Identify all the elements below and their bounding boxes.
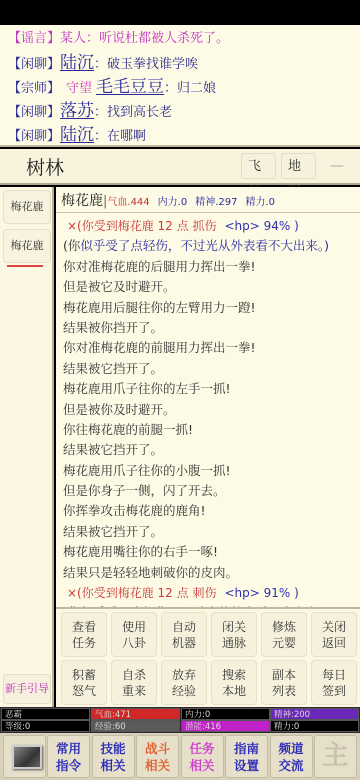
screen-icon bbox=[12, 745, 42, 769]
stat-bar: 潜能:416 bbox=[181, 720, 270, 732]
command-label: 使用 bbox=[112, 619, 156, 635]
chat-line: 【宗师】守望毛毛豆豆：归二娘 bbox=[8, 75, 352, 99]
log-line: 结果被它挡开了。 bbox=[63, 440, 360, 460]
nav-label: 频道 bbox=[271, 740, 312, 757]
nav-label: 常用 bbox=[48, 740, 89, 757]
chat-nick[interactable]: 毛毛豆豆 bbox=[96, 77, 164, 97]
combat-log[interactable]: 梅花鹿|气血.444内力.0精神.297精力.0 ×(你受到梅花鹿 12 点 抓… bbox=[56, 187, 360, 607]
chat-line: 【谣言】某人：听说杜都被人杀死了。 bbox=[8, 27, 352, 51]
target-jingshen: 精神.297 bbox=[195, 197, 237, 208]
command-label: 签到 bbox=[312, 683, 356, 699]
command-label: 经验 bbox=[162, 683, 206, 699]
nav-button[interactable]: 任务相关 bbox=[181, 735, 224, 778]
log-prefix: (你 bbox=[63, 238, 80, 253]
stat-bar: 等级:0 bbox=[1, 720, 90, 732]
hp-percent: <hp> 94% ) bbox=[224, 219, 298, 233]
stat-bar: 经验:60 bbox=[91, 720, 180, 732]
command-label: 本地 bbox=[212, 683, 256, 699]
log-text: 似乎受了点轻伤，不过光从外表看不大出来。) bbox=[80, 238, 329, 253]
map-button[interactable]: 地图 bbox=[281, 153, 316, 179]
room-title: 树林 bbox=[26, 153, 64, 180]
command-button[interactable]: 每日签到 bbox=[311, 660, 357, 705]
chat-nick[interactable]: 陆沉 bbox=[60, 53, 94, 73]
hp-percent: <hp> 91% ) bbox=[224, 586, 298, 600]
log-line: 结果被你挡开了。 bbox=[63, 318, 360, 338]
nav-button[interactable]: 常用指令 bbox=[47, 735, 90, 778]
nav-label: 相关 bbox=[137, 757, 178, 774]
log-line: 梅花鹿用爪子往你的小腹一抓! bbox=[63, 461, 360, 481]
chat-nick[interactable]: 落苏 bbox=[60, 101, 94, 121]
chat-message: ：归二娘 bbox=[164, 81, 216, 96]
stat-bar: 内力:0 bbox=[181, 708, 270, 720]
nav-label: 指南 bbox=[226, 740, 267, 757]
command-label: 搜索 bbox=[212, 667, 256, 683]
command-button[interactable]: 自动机器 bbox=[161, 612, 207, 657]
target-name: 梅花鹿 bbox=[61, 193, 103, 209]
command-button[interactable]: 副本列表 bbox=[261, 660, 307, 705]
stat-bar: 恶霸 bbox=[1, 708, 90, 720]
npc-button[interactable]: 梅花鹿 bbox=[3, 229, 51, 263]
command-button[interactable]: 放弃经验 bbox=[161, 660, 207, 705]
log-line: (你似乎受了点轻伤，不过光从外表看不大出来。) bbox=[63, 236, 360, 256]
newbie-guide-button[interactable]: 新手引导 bbox=[3, 674, 51, 704]
command-label: 修炼 bbox=[262, 619, 306, 635]
player-stats: 恶霸气血:471内力:0精神:200等级:0经验:60潜能:416精力:0 bbox=[0, 707, 360, 733]
command-label: 机器 bbox=[162, 635, 206, 651]
bottom-nav: 主 常用指令技能相关战斗相关任务相关指南设置频道交流 bbox=[0, 733, 360, 780]
stat-bar: 气血:471 bbox=[91, 708, 180, 720]
command-label: 查看 bbox=[62, 619, 106, 635]
command-label: 任务 bbox=[62, 635, 106, 651]
log-line: 你挥拳攻击梅花鹿的鹿角! bbox=[63, 501, 360, 521]
command-label: 返回 bbox=[312, 635, 356, 651]
log-line: 但是被你及时避开。 bbox=[63, 400, 360, 420]
chat-channel: 【宗师】 bbox=[8, 81, 60, 96]
command-button[interactable]: 搜索本地 bbox=[211, 660, 257, 705]
log-line: 梅花鹿用爪子往你的左手一抓! bbox=[63, 379, 360, 399]
command-button[interactable]: 修炼元婴 bbox=[261, 612, 307, 657]
chat-channel: 【闲聊】 bbox=[8, 129, 60, 144]
command-label: 重来 bbox=[112, 683, 156, 699]
nav-button[interactable]: 频道交流 bbox=[270, 735, 313, 778]
log-line: 结果只是轻轻地刺破你的皮肉。 bbox=[63, 563, 360, 583]
log-line: ×(你受到梅花鹿 12 点 抓伤<hp> 94% ) bbox=[63, 216, 360, 236]
log-line: 但是被它及时避开。 bbox=[63, 277, 360, 297]
log-line: ×(你受到梅花鹿 12 点 刺伤<hp> 91% ) bbox=[63, 583, 360, 603]
stat-bar: 精力:0 bbox=[270, 720, 359, 732]
target-jingli: 精力.0 bbox=[245, 197, 275, 208]
nav-label: 指令 bbox=[48, 757, 89, 774]
stat-bar: 精神:200 bbox=[270, 708, 359, 720]
command-label: 积蓄 bbox=[62, 667, 106, 683]
damage-text: ×(你受到梅花鹿 12 点 刺伤 bbox=[67, 586, 216, 600]
nav-label: 设置 bbox=[226, 757, 267, 774]
chat-channel: 【谣言】 bbox=[8, 31, 60, 46]
command-button[interactable]: 使用八卦 bbox=[111, 612, 157, 657]
log-line: 梅花鹿用后腿往你的左臂用力一蹬! bbox=[63, 298, 360, 318]
log-line: 梅花鹿用嘴往你的右手一啄! bbox=[63, 542, 360, 562]
nav-label: 技能 bbox=[93, 740, 134, 757]
chat-channel: 【闲聊】 bbox=[8, 105, 60, 120]
npc-button[interactable]: 梅花鹿 bbox=[3, 190, 51, 224]
nav-label: 战斗 bbox=[137, 740, 178, 757]
command-label: 放弃 bbox=[162, 667, 206, 683]
chat-message: 听说杜都被人杀死了。 bbox=[99, 31, 229, 46]
chat-panel[interactable]: 【谣言】某人：听说杜都被人杀死了。 【闲聊】陆沉：破玉拳找谁学唉 【宗师】守望毛… bbox=[0, 25, 360, 147]
log-line: 你对准梅花鹿的后腿用力挥出一拳! bbox=[63, 257, 360, 277]
nav-label: 交流 bbox=[271, 757, 312, 774]
chat-title: 守望 bbox=[66, 81, 92, 96]
log-line: 你往梅花鹿的前腿一抓! bbox=[63, 420, 360, 440]
target-status: 梅花鹿|气血.444内力.0精神.297精力.0 bbox=[56, 187, 360, 213]
chat-message: ：找到高长老 bbox=[94, 105, 172, 120]
npc-list: 梅花鹿 梅花鹿 新手引导 bbox=[0, 187, 54, 707]
chat-channel: 【闲聊】 bbox=[8, 57, 60, 72]
damage-text: ×(你受到梅花鹿 12 点 抓伤 bbox=[67, 219, 216, 233]
command-button[interactable]: 自杀重来 bbox=[111, 660, 157, 705]
command-label: 八卦 bbox=[112, 635, 156, 651]
log-line: 结果被它挡开了。 bbox=[63, 522, 360, 542]
chat-message: ：在哪啊 bbox=[94, 129, 146, 144]
log-lines: ×(你受到梅花鹿 12 点 抓伤<hp> 94% )(你似乎受了点轻伤，不过光从… bbox=[56, 213, 360, 624]
chat-line: 【闲聊】落苏：找到高长老 bbox=[8, 99, 352, 123]
chat-speaker: 某人： bbox=[60, 31, 99, 46]
command-label: 闭关 bbox=[212, 619, 256, 635]
target-hp: 气血.444 bbox=[107, 197, 149, 208]
chat-line: 【闲聊】陆沉：在哪啊 bbox=[8, 123, 352, 147]
log-line: 但是你身子一侧，闪了开去。 bbox=[63, 481, 360, 501]
nav-label: 相关 bbox=[182, 757, 223, 774]
chat-message: ：破玉拳找谁学唉 bbox=[94, 57, 198, 72]
command-panel: 查看任务使用八卦自动机器闭关通脉修炼元婴关闭返回积蓄怒气自杀重来放弃经验搜索本地… bbox=[56, 607, 360, 707]
nav-button[interactable]: 技能相关 bbox=[92, 735, 135, 778]
system-status-bar bbox=[0, 0, 360, 25]
chat-nick[interactable]: 陆沉 bbox=[60, 125, 94, 145]
command-button[interactable]: 查看任务 bbox=[61, 612, 107, 657]
command-button[interactable]: 积蓄怒气 bbox=[61, 660, 107, 705]
main-menu-button[interactable]: 主 bbox=[314, 735, 357, 778]
log-line: 你对准梅花鹿的前腿用力挥出一拳! bbox=[63, 338, 360, 358]
chat-line: 【闲聊】陆沉：破玉拳找谁学唉 bbox=[8, 51, 352, 75]
command-label: 列表 bbox=[262, 683, 306, 699]
main-icon: 主 bbox=[315, 736, 356, 777]
fly-button[interactable]: 飞行 bbox=[241, 153, 276, 179]
command-label: 副本 bbox=[262, 667, 306, 683]
command-label: 怒气 bbox=[62, 683, 106, 699]
log-line: 结果被它挡开了。 bbox=[63, 359, 360, 379]
command-label: 通脉 bbox=[212, 635, 256, 651]
command-label: 每日 bbox=[312, 667, 356, 683]
room-header: 树林 飞行 地图 — bbox=[0, 149, 360, 185]
command-label: 自动 bbox=[162, 619, 206, 635]
target-neili: 内力.0 bbox=[158, 197, 188, 208]
nav-button[interactable]: 战斗相关 bbox=[136, 735, 179, 778]
command-label: 关闭 bbox=[312, 619, 356, 635]
screen-toggle-button[interactable] bbox=[3, 735, 46, 778]
command-button[interactable]: 闭关通脉 bbox=[211, 612, 257, 657]
nav-label: 任务 bbox=[182, 740, 223, 757]
selected-indicator bbox=[7, 265, 43, 267]
command-label: 元婴 bbox=[262, 635, 306, 651]
command-label: 自杀 bbox=[112, 667, 156, 683]
nav-label: 相关 bbox=[93, 757, 134, 774]
collapse-icon[interactable]: — bbox=[330, 153, 344, 179]
nav-button[interactable]: 指南设置 bbox=[225, 735, 268, 778]
command-button[interactable]: 关闭返回 bbox=[311, 612, 357, 657]
